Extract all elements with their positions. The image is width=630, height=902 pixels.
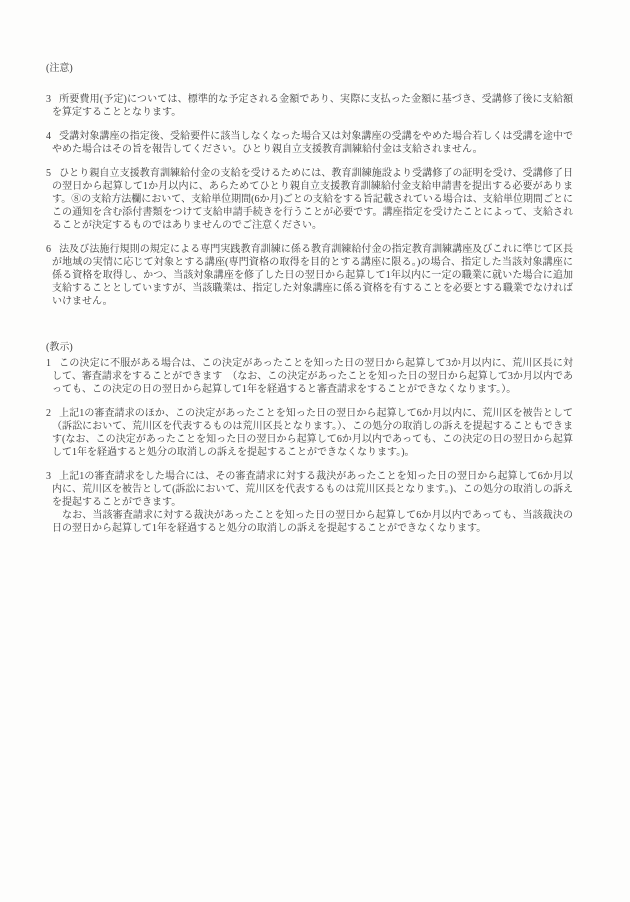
item-text: この決定に不服がある場合は、この決定があったことを知った日の翌日から起算して3か… [52, 358, 573, 395]
teaching-item-paragraph: 1この決定に不服がある場合は、この決定があったことを知った日の翌日から起算して3… [52, 357, 573, 396]
item-text: 受講対象講座の指定後、受給要件に該当しなくなった場合又は対象講座の受講をやめた場… [52, 131, 573, 155]
teaching-item-supplement: なお、当該審査請求に対する裁決があったことを知った日の翌日から起算して6か月以内… [52, 509, 573, 535]
note-item-3: 3所要費用(予定)については、標準的な予定される金額であり、実際に支払った金額に… [46, 93, 573, 119]
note-item-4: 4受講対象講座の指定後、受給要件に該当しなくなった場合又は対象講座の受講をやめた… [46, 130, 573, 156]
item-number: 3 [46, 94, 51, 105]
item-text: 上記1の審査請求をした場合には、その審査請求に対する裁決があったことを知った日の… [52, 471, 573, 508]
note-item-paragraph: 6法及び法施行規則の規定による専門実践教育訓練に係る教育訓練給付金の指定教育訓練… [52, 243, 573, 308]
item-text: 上記1の審査請求のほか、この決定があったことを知った日の翌日から起算して6か月以… [52, 408, 573, 458]
item-text: ひとり親自立支援教育訓練給付金の支給を受けるためには、教育訓練施設より受講修了の… [52, 168, 573, 231]
note-item-paragraph: 4受講対象講座の指定後、受給要件に該当しなくなった場合又は対象講座の受講をやめた… [52, 130, 573, 156]
note-item-5: 5ひとり親自立支援教育訓練給付金の支給を受けるためには、教育訓練施設より受講修了… [46, 167, 573, 232]
notes-section: (注意) 3所要費用(予定)については、標準的な予定される金額であり、実際に支払… [46, 62, 592, 308]
notes-heading: (注意) [46, 62, 592, 75]
teaching-section: (教示) 1この決定に不服がある場合は、この決定があったことを知った日の翌日から… [46, 341, 592, 535]
note-item-paragraph: 5ひとり親自立支援教育訓練給付金の支給を受けるためには、教育訓練施設より受講修了… [52, 167, 573, 232]
teaching-item-2: 2上記1の審査請求のほか、この決定があったことを知った日の翌日から起算して6か月… [46, 407, 573, 459]
teaching-heading: (教示) [46, 341, 592, 354]
item-text: 法及び法施行規則の規定による専門実践教育訓練に係る教育訓練給付金の指定教育訓練講… [52, 244, 573, 307]
note-item-6: 6法及び法施行規則の規定による専門実践教育訓練に係る教育訓練給付金の指定教育訓練… [46, 243, 573, 308]
teaching-item-1: 1この決定に不服がある場合は、この決定があったことを知った日の翌日から起算して3… [46, 357, 573, 396]
item-number: 5 [46, 168, 51, 179]
teaching-item-paragraph: 3上記1の審査請求をした場合には、その審査請求に対する裁決があったことを知った日… [52, 470, 573, 509]
item-number: 4 [46, 131, 51, 142]
document-page: (注意) 3所要費用(予定)については、標準的な予定される金額であり、実際に支払… [0, 0, 630, 902]
item-number: 1 [46, 358, 51, 369]
item-text: 所要費用(予定)については、標準的な予定される金額であり、実際に支払った金額に基… [52, 94, 573, 118]
teaching-item-3: 3上記1の審査請求をした場合には、その審査請求に対する裁決があったことを知った日… [46, 470, 573, 535]
teaching-item-paragraph: 2上記1の審査請求のほか、この決定があったことを知った日の翌日から起算して6か月… [52, 407, 573, 459]
note-item-paragraph: 3所要費用(予定)については、標準的な予定される金額であり、実際に支払った金額に… [52, 93, 573, 119]
item-number: 6 [46, 244, 51, 255]
item-number: 3 [46, 471, 51, 482]
item-number: 2 [46, 408, 51, 419]
